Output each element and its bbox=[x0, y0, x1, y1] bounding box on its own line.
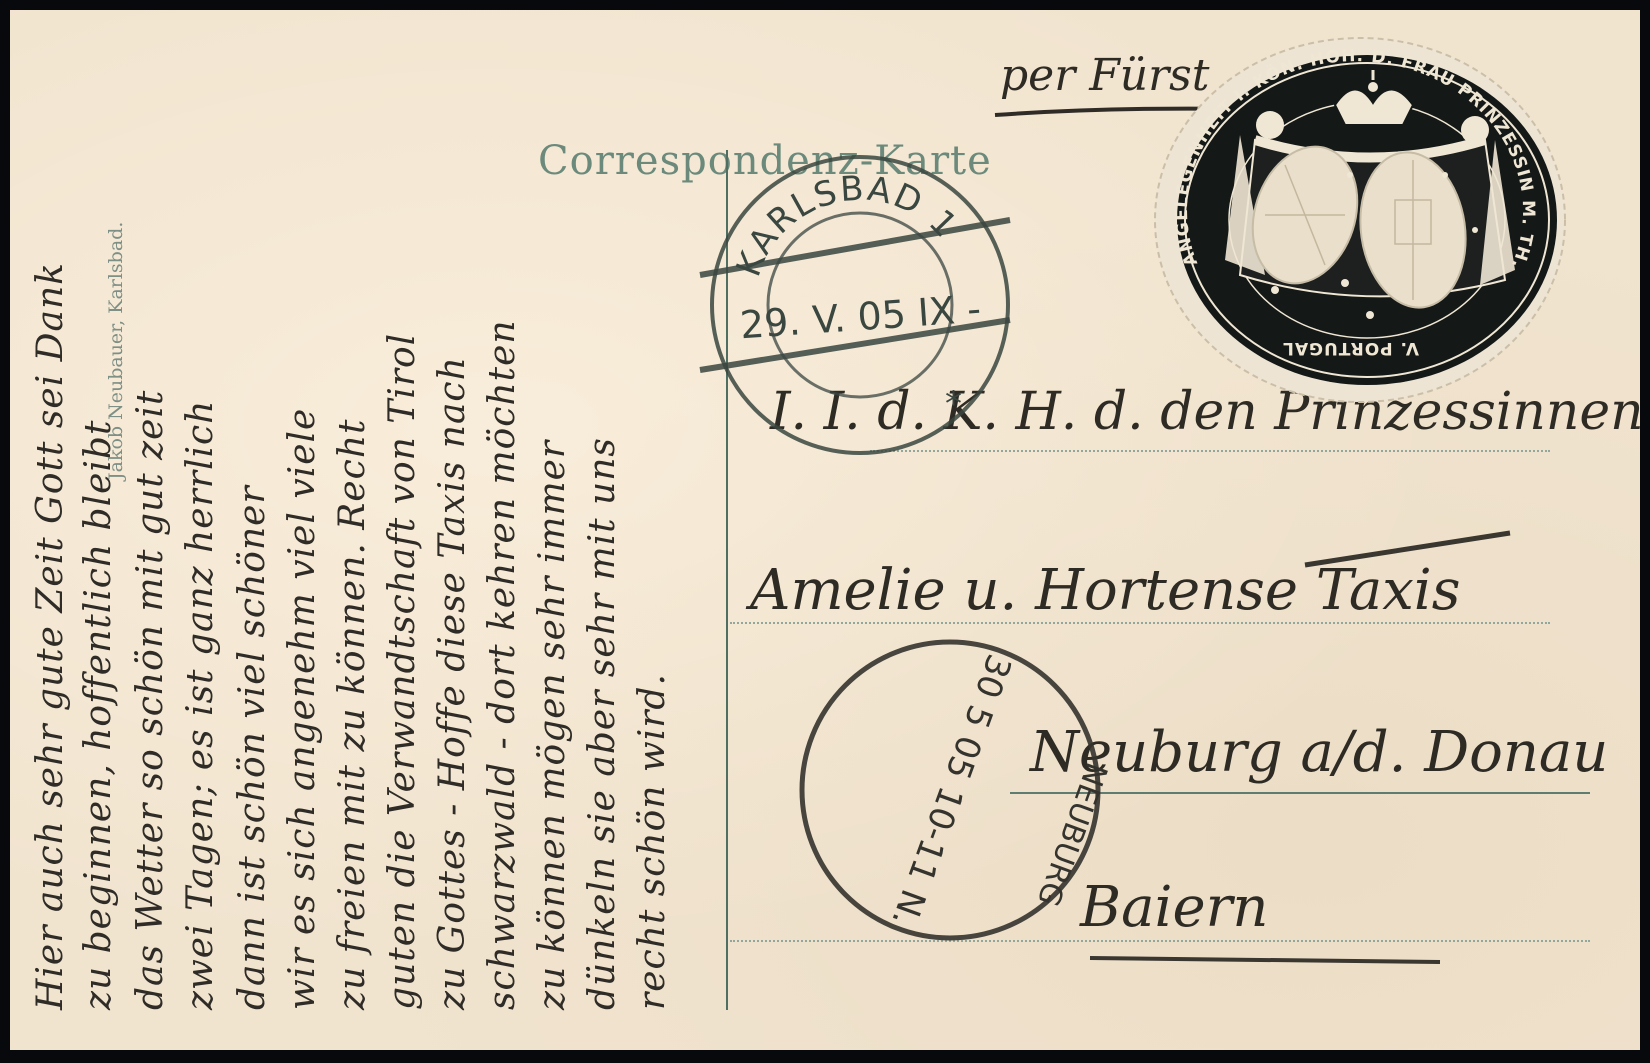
message-line: zu freien mit zu können. Recht bbox=[332, 419, 373, 1011]
postmark-star: * bbox=[945, 384, 962, 424]
message-line: dünkeln sie aber sehr mit uns bbox=[582, 437, 623, 1010]
message-line: zu beginnen, hoffentlich bleibt bbox=[78, 420, 119, 1010]
message-line: zu Gottes - Hoffe diese Taxis nach bbox=[432, 356, 473, 1010]
svg-text:KARLSBAD 1: KARLSBAD 1 bbox=[729, 168, 966, 281]
message-line: recht schön wird. bbox=[632, 673, 673, 1010]
message-line: dann ist schön viel schöner bbox=[232, 485, 273, 1010]
address-rule bbox=[870, 450, 1550, 452]
message-line: zwei Tagen; es ist ganz herrlich bbox=[180, 400, 221, 1010]
postcard: Hier auch sehr gute Zeit Gott sei Dank z… bbox=[10, 10, 1640, 1050]
message-line: das Wetter so schön mit gut zeit bbox=[130, 390, 171, 1010]
postmark-town: KARLSBAD 1 bbox=[729, 168, 966, 281]
printer-imprint: Jakob Neubauer, Karlsbad. bbox=[105, 222, 127, 480]
underline-stroke bbox=[1300, 525, 1520, 585]
message-line: wir es sich angenehm viel viele bbox=[282, 408, 323, 1010]
message-line: guten die Verwandtschaft von Tirol bbox=[382, 333, 423, 1010]
postmark-town: NEUBURG bbox=[1030, 758, 1114, 911]
message-line: Hier auch sehr gute Zeit Gott sei Dank bbox=[30, 262, 71, 1010]
seal-inscription-bottom: V. PORTUGAL bbox=[1282, 338, 1419, 358]
svg-text:V. PORTUGAL: V. PORTUGAL bbox=[1282, 338, 1419, 358]
message-line: schwarzwald - dort kehren möchten bbox=[482, 319, 523, 1010]
postmark-neuburg: NEUBURG 30 5 05 10-11 N. bbox=[800, 630, 1120, 950]
postmark-date: 30 5 05 10-11 N. bbox=[883, 649, 1019, 932]
underline-stroke bbox=[1090, 950, 1450, 970]
postmark-karlsbad: KARLSBAD 1 29. V. 05 IX - * bbox=[700, 130, 1020, 450]
message-line: zu können mögen sehr immer bbox=[532, 440, 573, 1010]
royal-seal: ANGELEGENHEIT I. KÖN. HOH. D. FRAU PRINZ… bbox=[1145, 25, 1565, 405]
